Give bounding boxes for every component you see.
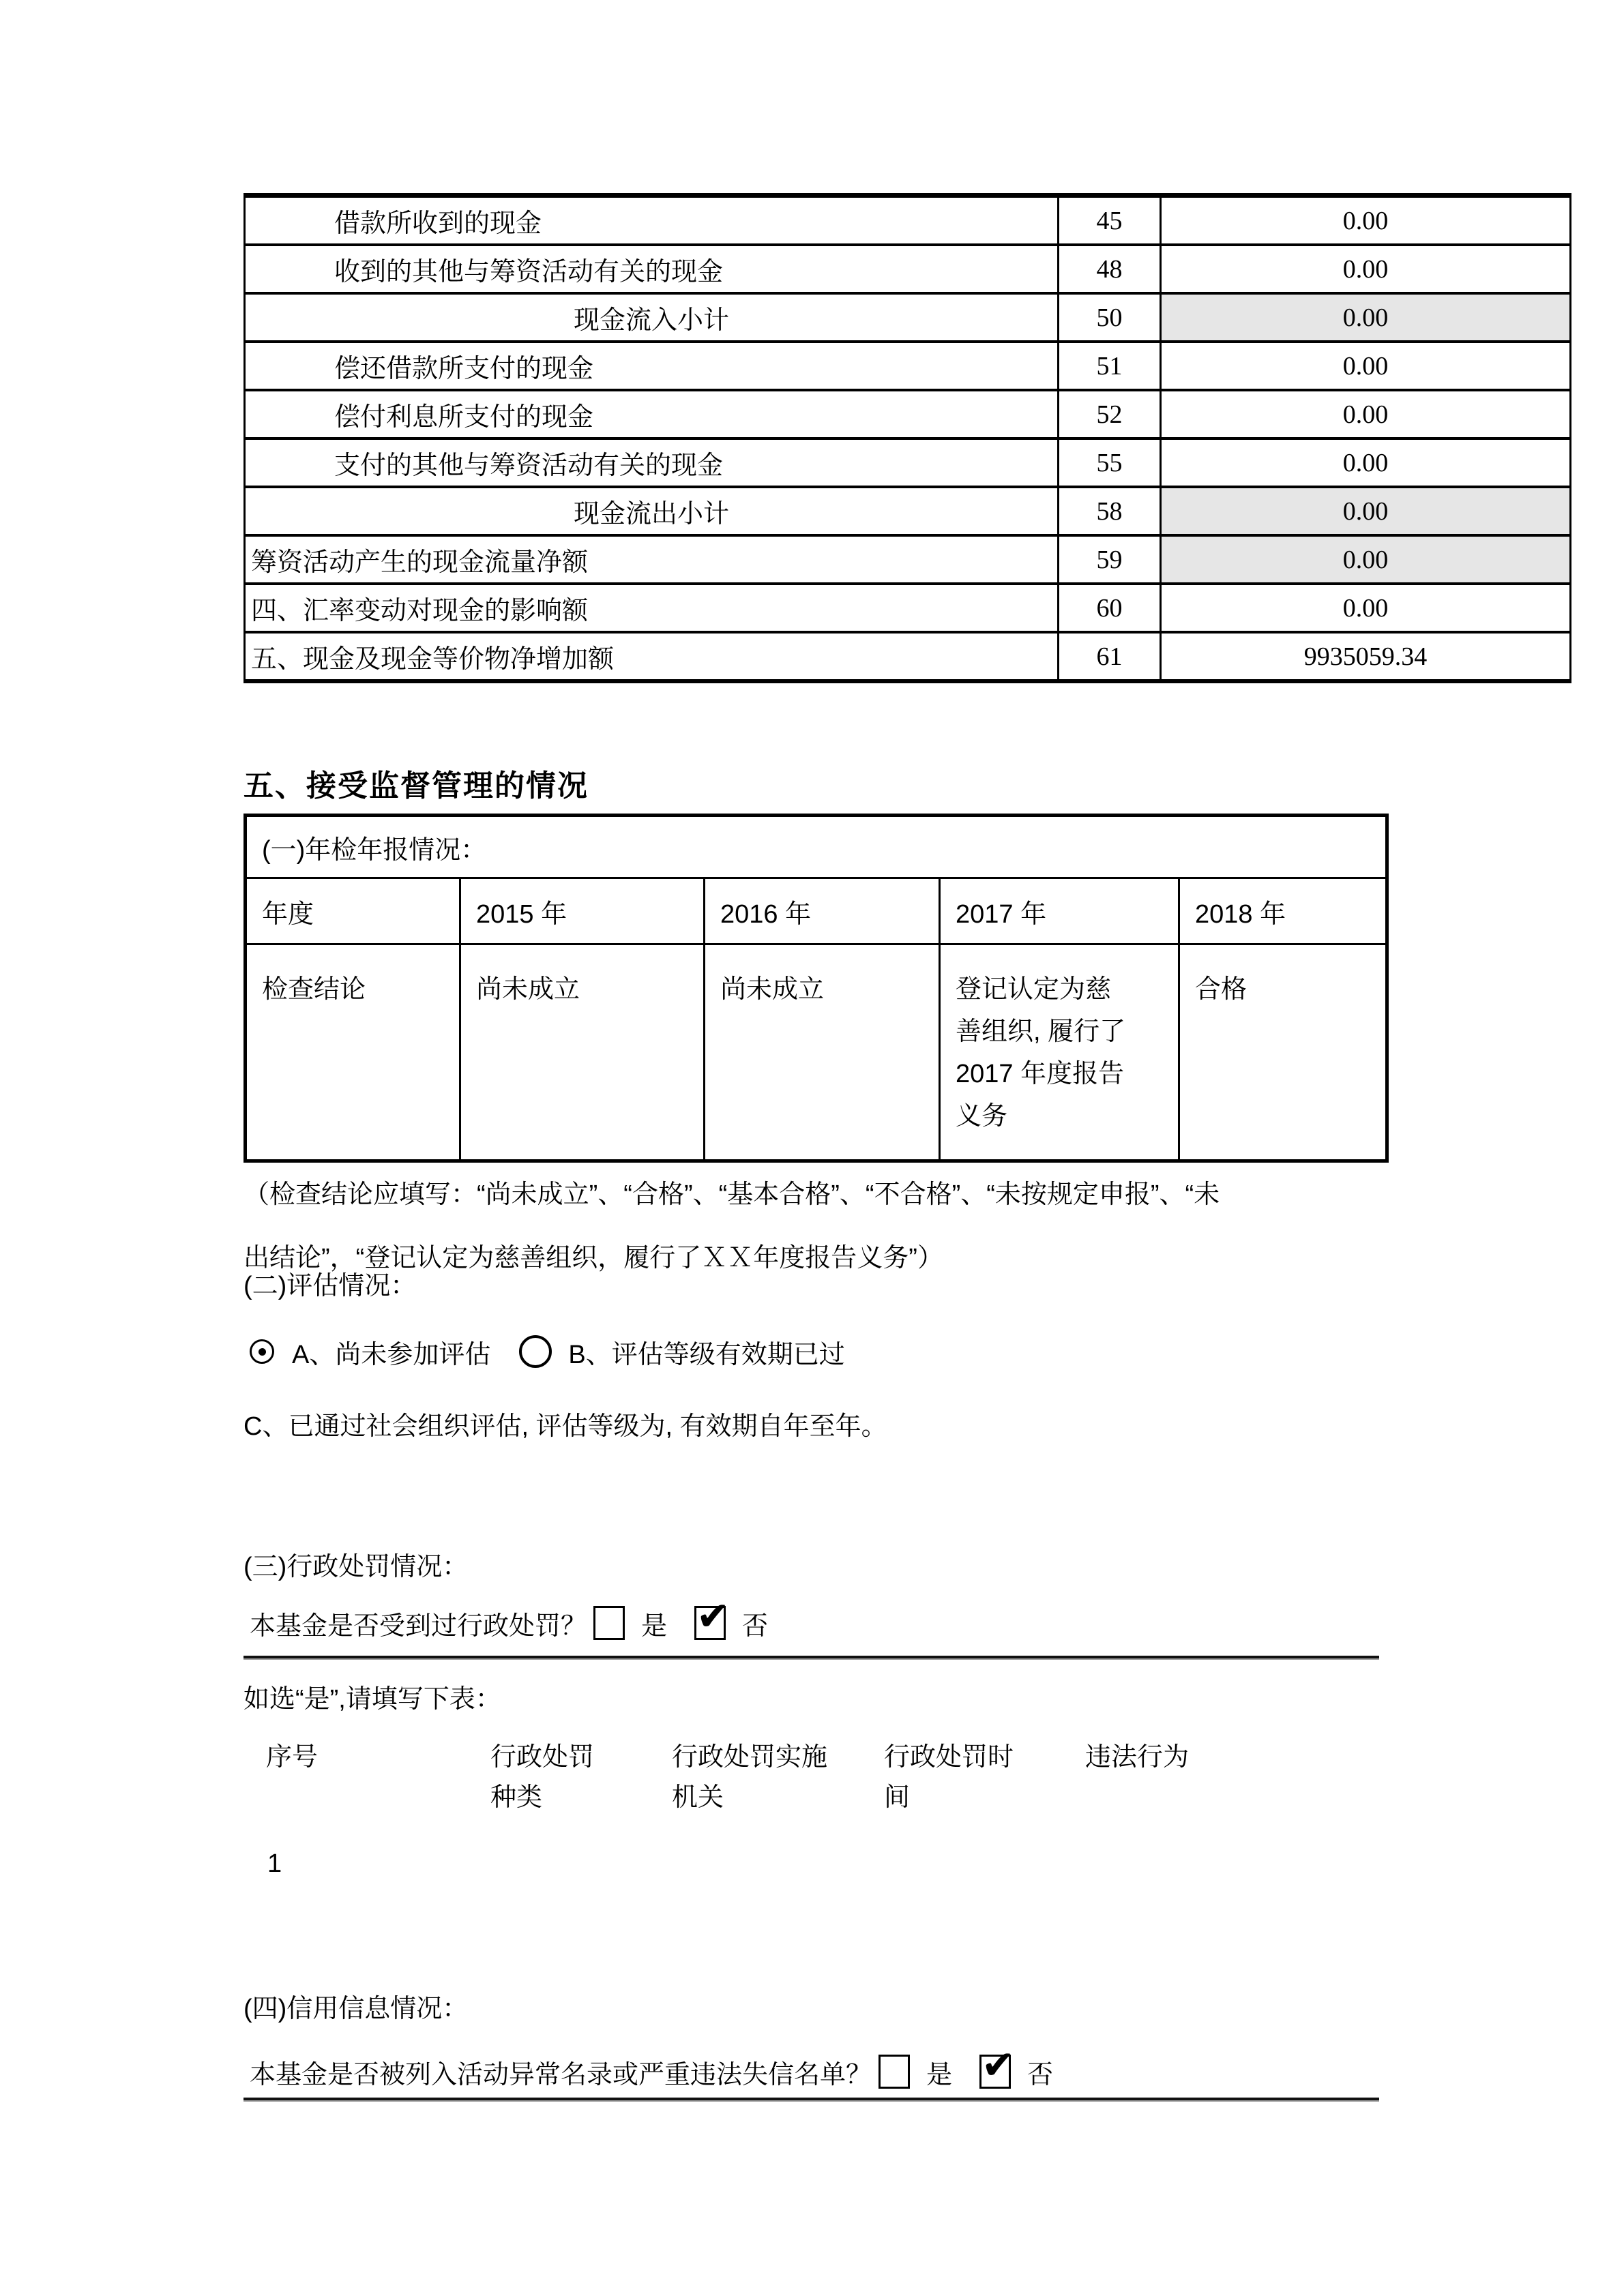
amount-cell: 0.00 (1161, 245, 1571, 293)
table-row: 筹资活动产生的现金流量净额 59 0.00 (245, 535, 1571, 584)
option-b-label: B、评估等级有效期已过 (568, 1333, 844, 1371)
annual-check-table: (一)年检年报情况： 年度 2015 年 2016 年 2017 年 2018 … (243, 814, 1389, 1163)
year-header-cell: 年度 (246, 878, 460, 944)
table-row: 检查结论 尚未成立 尚未成立 登记认定为慈善组织, 履行了 2017 年度报告义… (246, 944, 1387, 1161)
item-cell: 五、现金及现金等价物净增加额 (245, 632, 1059, 681)
check-mark-icon: ✔ (696, 1597, 730, 1637)
amount-cell: 0.00 (1161, 196, 1571, 245)
amount-cell: 0.00 (1161, 438, 1571, 487)
section-title: 五、接受监督管理的情况 (243, 761, 589, 805)
penalty-question-row: 本基金是否受到过行政处罚？ 是 ✔ 否 (250, 1604, 768, 1642)
conclusion-cell: 合格 (1179, 944, 1387, 1161)
table-row: 借款所收到的现金 45 0.00 (245, 196, 1571, 245)
table-row: 偿付利息所支付的现金 52 0.00 (245, 390, 1571, 438)
credit-question: 本基金是否被列入活动异常名录或严重违法失信名单？ (250, 2053, 872, 2091)
conclusion-cell: 登记认定为慈善组织, 履行了 2017 年度报告义务 (940, 944, 1179, 1161)
table-row: 偿还借款所支付的现金 51 0.00 (245, 342, 1571, 390)
item-cell: 四、汇率变动对现金的影响额 (245, 584, 1059, 632)
item-cell: 筹资活动产生的现金流量净额 (245, 535, 1059, 584)
note-line-1: （检查结论应填写：“尚未成立”、“合格”、“基本合格”、“不合格”、“未按规定申… (243, 1180, 1220, 1209)
conclusion-row-header: 检查结论 (246, 944, 460, 1161)
line-no-cell: 60 (1059, 584, 1161, 632)
amount-cell: 0.00 (1161, 390, 1571, 438)
amount-cell: 0.00 (1161, 535, 1571, 584)
checkbox-unchecked-icon[interactable] (593, 1606, 625, 1640)
line-no-cell: 58 (1059, 487, 1161, 535)
credit-question-row: 本基金是否被列入活动异常名录或严重违法失信名单？ 是 ✔ 否 (250, 2053, 1053, 2091)
option-a-label: A、尚未参加评估 (292, 1333, 490, 1371)
year-header-cell: 2016 年 (705, 878, 940, 944)
table-row: 现金流出小计 58 0.00 (245, 487, 1571, 535)
item-cell: 支付的其他与筹资活动有关的现金 (245, 438, 1059, 487)
line-no-cell: 45 (1059, 196, 1161, 245)
line-no-cell: 50 (1059, 293, 1161, 342)
radio-selected-icon[interactable] (250, 1339, 274, 1364)
year-header-cell: 2017 年 (940, 878, 1179, 944)
amount-cell: 9935059.34 (1161, 632, 1571, 681)
table-row: 支付的其他与筹资活动有关的现金 55 0.00 (245, 438, 1571, 487)
item-cell: 现金流入小计 (245, 293, 1059, 342)
item-cell: 收到的其他与筹资活动有关的现金 (245, 245, 1059, 293)
cash-flow-table: 借款所收到的现金 45 0.00 收到的其他与筹资活动有关的现金 48 0.00… (243, 193, 1571, 683)
no-label: 否 (742, 1605, 768, 1642)
header-penalty-agency: 行政处罚实施机关 (672, 1738, 884, 1818)
line-no-cell: 61 (1059, 632, 1161, 681)
checkbox-checked-icon[interactable]: ✔ (694, 1606, 726, 1640)
line-no-cell: 48 (1059, 245, 1161, 293)
year-header-cell: 2018 年 (1179, 878, 1387, 944)
conclusion-cell: 尚未成立 (460, 944, 705, 1161)
header-illegal-act: 违法行为 (1085, 1738, 1290, 1818)
line-no-cell: 51 (1059, 342, 1161, 390)
amount-cell: 0.00 (1161, 487, 1571, 535)
year-header-cell: 2015 年 (460, 878, 705, 944)
checkbox-checked-icon[interactable]: ✔ (979, 2055, 1011, 2089)
penalty-table-hint: 如选“是”,请填写下表： (243, 1679, 501, 1720)
table-row: 四、汇率变动对现金的影响额 60 0.00 (245, 584, 1571, 632)
penalty-caption: (三)行政处罚情况： (243, 1547, 468, 1587)
inspection-note: （检查结论应填写：“尚未成立”、“合格”、“基本合格”、“不合格”、“未按规定申… (243, 1163, 1403, 1290)
option-c-label: C、已通过社会组织评估, 评估等级为, 有效期自年至年。 (243, 1406, 887, 1447)
item-cell: 现金流出小计 (245, 487, 1059, 535)
evaluation-options: A、尚未参加评估 B、评估等级有效期已过 (250, 1331, 845, 1372)
radio-unselected-icon[interactable] (519, 1335, 552, 1368)
table-row: 五、现金及现金等价物净增加额 61 9935059.34 (245, 632, 1571, 681)
checkbox-unchecked-icon[interactable] (879, 2055, 910, 2089)
amount-cell: 0.00 (1161, 342, 1571, 390)
item-cell: 偿付利息所支付的现金 (245, 390, 1059, 438)
penalty-table-header: 序号 行政处罚种类 行政处罚实施机关 行政处罚时间 违法行为 (266, 1738, 1290, 1818)
header-penalty-type: 行政处罚种类 (490, 1738, 672, 1818)
line-no-cell: 59 (1059, 535, 1161, 584)
header-seq: 序号 (266, 1738, 490, 1818)
conclusion-cell: 尚未成立 (705, 944, 940, 1161)
conclusion-text: 登记认定为慈善组织, 履行了 2017 年度报告义务 (956, 968, 1132, 1137)
penalty-row-number: 1 (267, 1849, 282, 1879)
check-mark-icon: ✔ (981, 2046, 1015, 2085)
credit-caption: (四)信用信息情况： (243, 1988, 468, 2029)
radio-dot-icon (259, 1348, 266, 1356)
table-row: 收到的其他与筹资活动有关的现金 48 0.00 (245, 245, 1571, 293)
item-cell: 借款所收到的现金 (245, 196, 1059, 245)
yes-label: 是 (641, 1605, 667, 1642)
header-penalty-time: 行政处罚时间 (884, 1738, 1085, 1818)
item-cell: 偿还借款所支付的现金 (245, 342, 1059, 390)
annual-check-caption: (一)年检年报情况： (246, 816, 1387, 878)
amount-cell: 0.00 (1161, 293, 1571, 342)
amount-cell: 0.00 (1161, 584, 1571, 632)
yes-label: 是 (926, 2053, 952, 2091)
document-page: 借款所收到的现金 45 0.00 收到的其他与筹资活动有关的现金 48 0.00… (0, 0, 1624, 2296)
table-row: 现金流入小计 50 0.00 (245, 293, 1571, 342)
divider-line (243, 2098, 1379, 2100)
line-no-cell: 52 (1059, 390, 1161, 438)
table-row: 年度 2015 年 2016 年 2017 年 2018 年 (246, 878, 1387, 944)
no-label: 否 (1027, 2053, 1053, 2091)
penalty-question: 本基金是否受到过行政处罚？ (250, 1605, 587, 1642)
line-no-cell: 55 (1059, 438, 1161, 487)
evaluation-caption: (二)评估情况： (243, 1266, 416, 1307)
table-row: (一)年检年报情况： (246, 816, 1387, 878)
divider-line (243, 1656, 1379, 1658)
